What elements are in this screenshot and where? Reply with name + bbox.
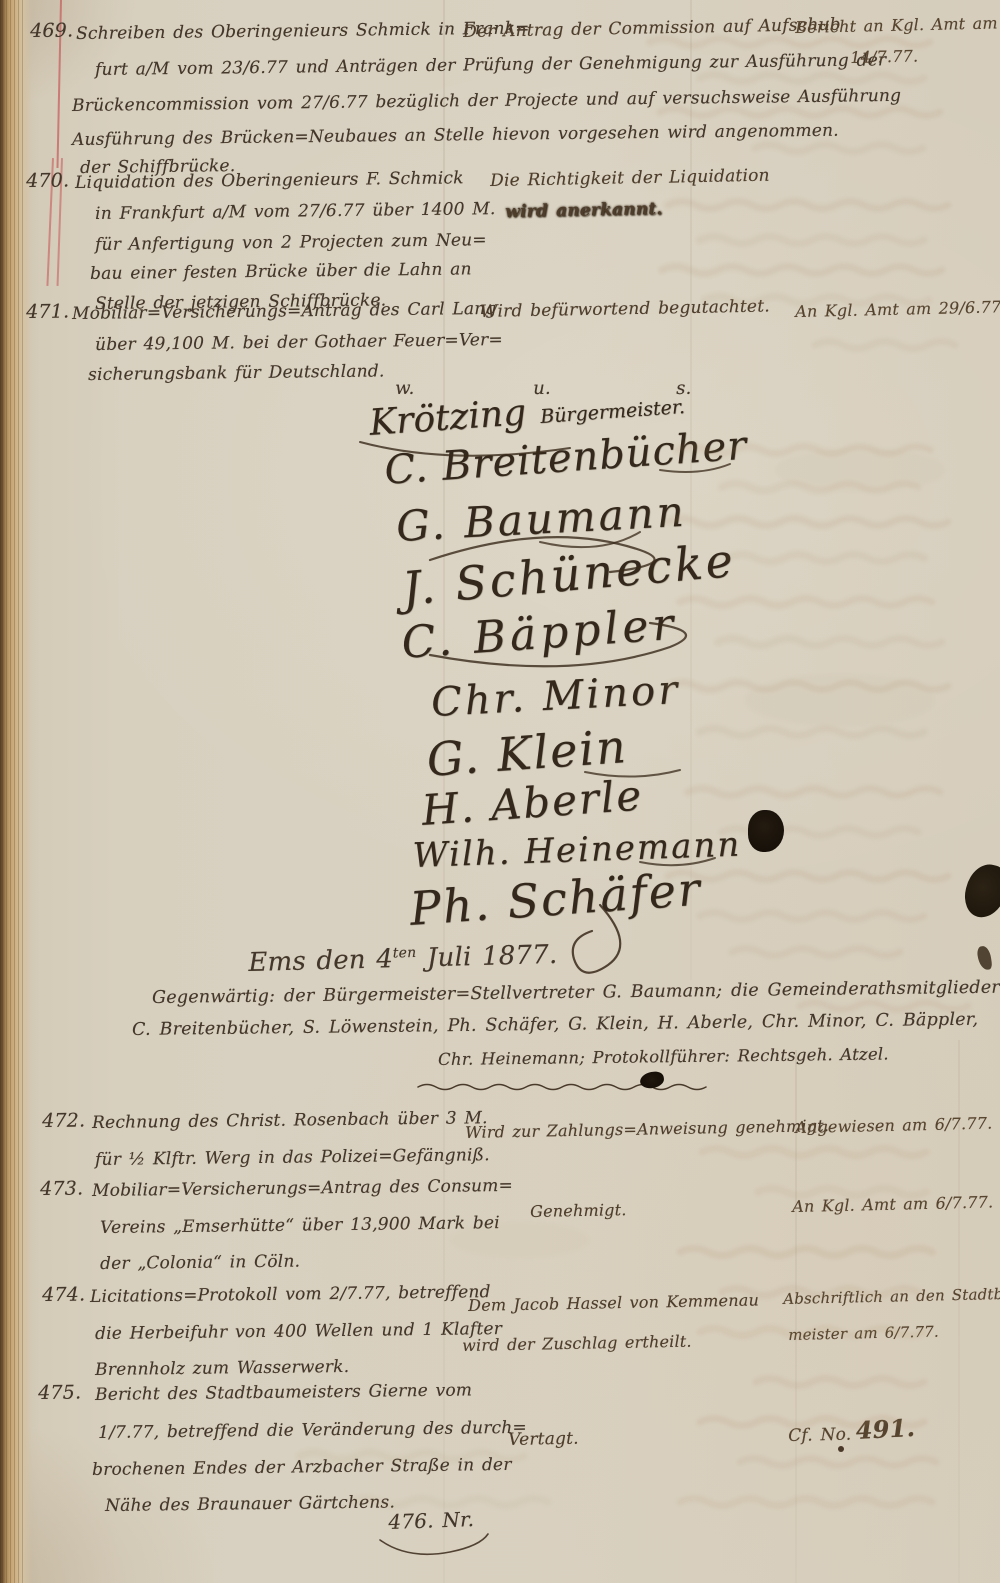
entry-body-line: Brückencommission vom 27/6.77 bezüglich … [72,86,901,116]
attendance-line: C. Breitenbücher, S. Löwenstein, Ph. Sch… [132,1010,978,1040]
date-prefix: Ems den 4 [248,944,393,978]
entry-body-line: für Anfertigung von 2 Projecten zum Neu= [95,230,487,255]
book-spine-edge [0,0,32,1583]
entry-body-line: Rechnung des Christ. Rosenbach über 3 M. [92,1108,488,1133]
entry-remark-line: Cf. No. [788,1425,852,1446]
ink-speck [976,945,992,971]
entry-body-line: brochenen Endes der Arzbacher Straße in … [92,1455,512,1480]
entry-decision-line: wird anerkannt. [505,199,663,222]
entry-remark-line: Bericht an Kgl. Amt am [795,13,998,37]
entry-body-line: Ausführung des Brücken=Neubaues an Stell… [72,121,839,150]
date-suffix: Juli 1877. [416,940,558,974]
entry-decision-line: Genehmigt. [530,1200,627,1221]
entry-body-line: Schreiben des Oberingenieurs Schmick in … [76,18,530,44]
entry-number: 469. [30,19,73,42]
signature-minor: Chr. Minor [430,667,681,726]
entry-number: 470. [26,169,69,192]
entry-body-line: bau einer festen Brücke über die Lahn an [90,259,472,284]
entry-number: 475. [38,1381,81,1404]
signature-name: Krötzing [368,392,527,444]
entry-body-line: der „Colonia“ in Cöln. [100,1252,300,1274]
entry-body-line: Licitations=Protokoll vom 2/7.77, betref… [90,1282,491,1307]
entry-body-line: über 49,100 M. bei der Gothaer Feuer=Ver… [95,330,503,355]
signature-name: Chr. Minor [430,667,681,726]
attendance-line: Gegenwärtig: der Bürgermeister=Stellvert… [152,978,1000,1008]
entry-body-line: sicherungsbank für Deutschland. [88,361,385,385]
entry-body-line: für ½ Klftr. Werg in das Polizei=Gefängn… [95,1145,490,1170]
catchword: 476. Nr. [388,1507,475,1534]
ink-dot [838,1446,844,1452]
entry-decision-line: wird der Zuschlag ertheilt. [462,1332,692,1355]
entry-number: 472. [42,1109,85,1132]
entry-body-line: Bericht des Stadtbaumeisters Gierne vom [95,1380,472,1405]
ink-blot [748,810,784,852]
entry-body-line: die Herbeifuhr von 400 Wellen und 1 Klaf… [95,1319,502,1344]
entry-remark-line: 14/7.77. [850,46,918,67]
session-date: Ems den 4ten Juli 1877. [248,940,558,978]
entry-remark-line: Abschriftlich an den Stadtbau= [783,1284,1000,1308]
entry-body-line: Mobiliar=Versicherungs=Antrag des Consum… [92,1176,513,1201]
signature-title: Bürgermeister. [540,396,686,428]
entry-body-line: furt a/M vom 23/6.77 und Anträgen der Pr… [95,50,886,80]
entry-body-line: Liquidation des Oberingenieurs F. Schmic… [75,168,464,193]
entry-remark-line: meister am 6/7.77. [788,1323,939,1344]
date-ordinal: ten [393,945,417,962]
entry-body-line: Nähe des Braunauer Gärtchens. [105,1492,395,1516]
entry-remark-line: An Kgl. Amt am 29/6.77. [795,297,1000,321]
entry-remark-line: Angewiesen am 6/7.77. [795,1114,993,1137]
entry-body-line: in Frankfurt a/M vom 27/6.77 über 1400 M… [95,199,496,224]
ink-blot-page-edge [960,860,1000,922]
entry-number: 473. [40,1177,83,1200]
entry-remark-line: An Kgl. Amt am 6/7.77. [792,1192,994,1216]
ink-blot-small [639,1070,665,1090]
entry-decision-line: Dem Jacob Hassel von Kemmenau [468,1290,759,1315]
entry-body-line: Vereins „Emserhütte“ über 13,900 Mark be… [100,1213,500,1238]
entry-decision-line: Die Richtigkeit der Liquidation [490,166,770,191]
entry-body-line: Brennholz zum Wasserwerk. [95,1357,349,1380]
entry-body-line: Mobiliar=Versicherungs=Antrag des Carl L… [72,299,497,324]
closing-mark-w: w. [395,378,415,399]
entry-number: 471. [26,300,69,323]
attendance-line: Chr. Heinemann; Protokollführer: Rechtsg… [438,1044,889,1069]
manuscript-page: 469. Schreiben des Oberingenieurs Schmic… [0,0,1000,1583]
entry-body-line: 1/7.77, betreffend die Veränderung des d… [98,1418,527,1443]
entry-decision-line: Wird befürwortend begutachtet. [480,296,770,322]
entry-number: 474. [42,1283,85,1306]
entry-decision-line: Wird zur Zahlungs=Anweisung genehmigt. [465,1116,829,1142]
entry-decision-line: Vertagt. [508,1429,579,1450]
entry-remark-reference-number: 491. [855,1413,916,1445]
